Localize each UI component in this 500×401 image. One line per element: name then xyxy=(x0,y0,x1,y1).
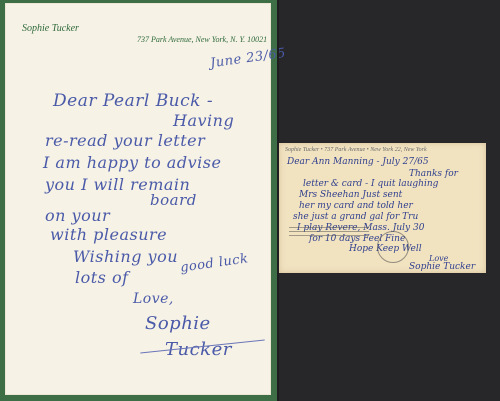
postcard-line: her my card and told her xyxy=(299,201,413,211)
letter-paper: Sophie Tucker 737 Park Avenue, New York,… xyxy=(5,3,271,395)
letter-signature-first: Sophie xyxy=(145,313,211,334)
letter-line: with pleasure xyxy=(50,225,167,244)
postcard-line: letter & card - I quit laughing xyxy=(303,179,438,189)
letter-line: Dear Pearl Buck - xyxy=(53,91,213,111)
letter-line: on your xyxy=(45,206,110,225)
postcard-line: she just a grand gal for Tru xyxy=(293,212,418,222)
letterhead-address: 737 Park Avenue, New York, N. Y. 10021 xyxy=(137,35,267,44)
letter-line: re-read your letter xyxy=(45,131,205,150)
cancellation-line xyxy=(289,235,369,238)
postcard-header: Sophie Tucker • 737 Park Avenue • New Yo… xyxy=(285,147,427,153)
letter-closing: Love, xyxy=(133,291,174,307)
letter-line: lots of xyxy=(75,268,129,287)
postmark-icon xyxy=(377,231,409,263)
postcard-line: Mrs Sheehan Just sent xyxy=(299,190,402,200)
letter-line: Wishing you xyxy=(73,247,178,266)
cancellation-line xyxy=(289,227,369,230)
postcard-line: Thanks for xyxy=(409,169,458,179)
letter-line: board xyxy=(150,191,197,209)
postcard: Sophie Tucker • 737 Park Avenue • New Yo… xyxy=(279,143,486,273)
letter-date: June 23/65 xyxy=(209,46,287,71)
postcard-signature: Sophie Tucker xyxy=(409,262,475,272)
cancellation-line xyxy=(289,231,369,234)
postcard-line: Dear Ann Manning - July 27/65 xyxy=(287,157,429,167)
letter-line: good luck xyxy=(179,251,249,275)
letter-frame: Sophie Tucker 737 Park Avenue, New York,… xyxy=(0,0,277,401)
letter-line: Having xyxy=(173,111,234,130)
letter-line: I am happy to advise xyxy=(43,153,221,172)
letterhead-name: Sophie Tucker xyxy=(22,23,79,34)
